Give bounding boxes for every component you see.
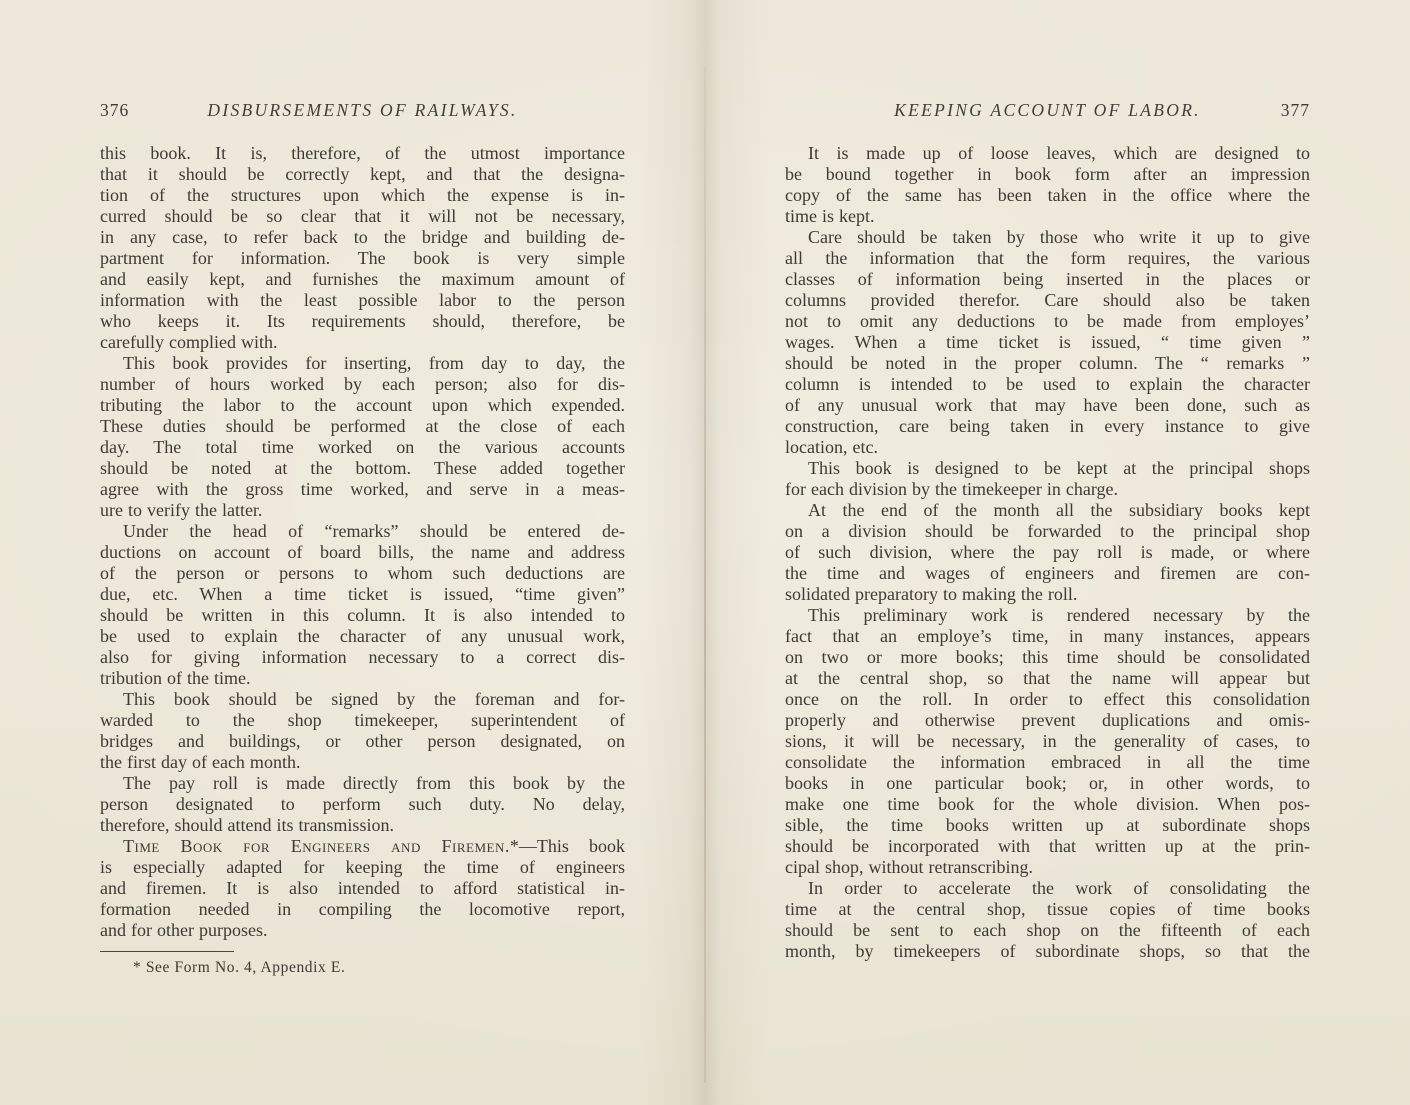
text-line: location, etc. [785,437,1310,458]
text-line: time at the central shop, tissue copies … [785,899,1310,920]
text-line: Care should be taken by those who write … [785,227,1310,248]
text-line: carefully complied with. [100,332,625,353]
text-line: not to omit any deductions to be made fr… [785,311,1310,332]
text-line: columns provided therefor. Care should a… [785,290,1310,311]
text-line: information with the least possible labo… [100,290,625,311]
text-line: curred should be so clear that it will n… [100,206,625,227]
text-line: on a division should be forwarded to the… [785,521,1310,542]
text-line: ductions on account of board bills, the … [100,542,625,563]
text-line: Time Book for Engineers and Firemen.*—Th… [100,836,625,857]
text-line: the first day of each month. [100,752,625,773]
text-line: tribution of the time. [100,668,625,689]
text-line: ure to verify the latter. [100,500,625,521]
text-line: It is made up of loose leaves, which are… [785,143,1310,164]
text-line: sible, the time books written up at subo… [785,815,1310,836]
text-line: bridges and buildings, or other person d… [100,731,625,752]
text-line: of any unusual work that may have been d… [785,395,1310,416]
text-line: This book is designed to be kept at the … [785,458,1310,479]
text-line: classes of information being inserted in… [785,269,1310,290]
text-line: These duties should be performed at the … [100,416,625,437]
text-line: sions, it will be necessary, in the gene… [785,731,1310,752]
text-line: make one time book for the whole divisio… [785,794,1310,815]
text-line: once on the roll. In order to effect thi… [785,689,1310,710]
text-line: This preliminary work is rendered necess… [785,605,1310,626]
text-line: time is kept. [785,206,1310,227]
text-line: is especially adapted for keeping the ti… [100,857,625,878]
footnote-text: * See Form No. 4, Appendix E. [100,959,625,977]
text-line: at the central shop, so that the name wi… [785,668,1310,689]
text-line: agree with the gross time worked, and se… [100,479,625,500]
text-line: this book. It is, therefore, of the utmo… [100,143,625,164]
text-line: for each division by the timekeeper in c… [785,479,1310,500]
text-line: copy of the same has been taken in the o… [785,185,1310,206]
page-number-right: 377 [1281,100,1310,121]
text-line: number of hours worked by each person; a… [100,374,625,395]
page-left: 376 DISBURSEMENTS OF RAILWAYS. this book… [0,0,705,1105]
text-line: should be sent to each shop on the fifte… [785,920,1310,941]
page-right: KEEPING ACCOUNT OF LABOR. 377 It is made… [705,0,1410,1105]
text-line: who keeps it. Its requirements should, t… [100,311,625,332]
running-head-right: KEEPING ACCOUNT OF LABOR. [785,100,1310,121]
text-line: that it should be correctly kept, and th… [100,164,625,185]
text-line: books in one particular book; or, in oth… [785,773,1310,794]
smallcaps-heading: Time Book for Engineers and Firemen. [123,836,510,856]
text-line: be used to explain the character of any … [100,626,625,647]
text-line: person designated to perform such duty. … [100,794,625,815]
text-line: This book provides for inserting, from d… [100,353,625,374]
text-line: In order to accelerate the work of conso… [785,878,1310,899]
text-line: The pay roll is made directly from this … [100,773,625,794]
text-line: wages. When a time ticket is issued, “ t… [785,332,1310,353]
text-line: column is intended to be used to explain… [785,374,1310,395]
text-line: construction, care being taken in every … [785,416,1310,437]
text-line: also for giving information necessary to… [100,647,625,668]
text-line: formation needed in compiling the locomo… [100,899,625,920]
text-line: cipal shop, without retranscribing. [785,857,1310,878]
text-line: be bound together in book form after an … [785,164,1310,185]
text-line: should be noted in the proper column. Th… [785,353,1310,374]
page-body-left: this book. It is, therefore, of the utmo… [100,143,625,941]
text-line: solidated preparatory to making the roll… [785,584,1310,605]
text-line: and for other purposes. [100,920,625,941]
page-header-left: 376 DISBURSEMENTS OF RAILWAYS. [100,100,625,122]
text-line: Under the head of “remarks” should be en… [100,521,625,542]
text-line: fact that an employe’s time, in many ins… [785,626,1310,647]
text-line: properly and otherwise prevent duplicati… [785,710,1310,731]
text-line: on two or more books; this time should b… [785,647,1310,668]
text-line: tributing the labor to the account upon … [100,395,625,416]
text-line: consolidate the information embraced in … [785,752,1310,773]
text-line: tion of the structures upon which the ex… [100,185,625,206]
text-line: and easily kept, and furnishes the maxim… [100,269,625,290]
text-line: should be written in this column. It is … [100,605,625,626]
running-head-left: DISBURSEMENTS OF RAILWAYS. [100,100,625,121]
text-line: therefore, should attend its transmissio… [100,815,625,836]
text-line: the time and wages of engineers and fire… [785,563,1310,584]
page-number-left: 376 [100,100,129,121]
book-spread: 376 DISBURSEMENTS OF RAILWAYS. this book… [0,0,1410,1105]
footnote-rule [100,951,234,952]
page-header-right: KEEPING ACCOUNT OF LABOR. 377 [785,100,1310,122]
footnote-block: * See Form No. 4, Appendix E. [100,951,625,977]
text-line: should be noted at the bottom. These add… [100,458,625,479]
text-line: warded to the shop timekeeper, superinte… [100,710,625,731]
text-line: due, etc. When a time ticket is issued, … [100,584,625,605]
page-body-right: It is made up of loose leaves, which are… [785,143,1310,962]
text-line: partment for information. The book is ve… [100,248,625,269]
text-line: of such division, where the pay roll is … [785,542,1310,563]
text-line: and firemen. It is also intended to affo… [100,878,625,899]
text-line: This book should be signed by the forema… [100,689,625,710]
text-line: all the information that the form requir… [785,248,1310,269]
text-line: day. The total time worked on the variou… [100,437,625,458]
text-line: month, by timekeepers of subordinate sho… [785,941,1310,962]
text-line: in any case, to refer back to the bridge… [100,227,625,248]
text-line: At the end of the month all the subsidia… [785,500,1310,521]
text-line: should be incorporated with that written… [785,836,1310,857]
text-line: of the person or persons to whom such de… [100,563,625,584]
